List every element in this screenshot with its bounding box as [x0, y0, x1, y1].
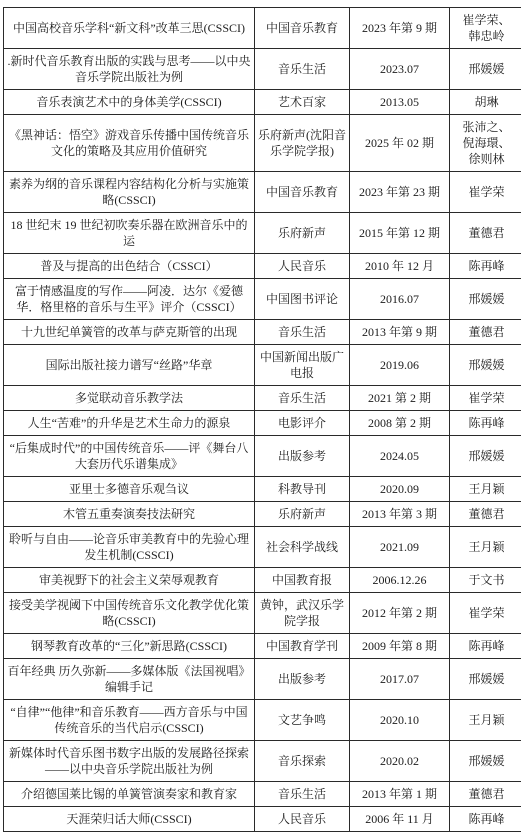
title-cell: 接受美学视阈下中国传统音乐文化教学优化策略(CSSCI): [4, 593, 255, 634]
date-cell: 2021 第 2 期: [350, 386, 450, 411]
authors-cell: 王月颖: [450, 527, 521, 568]
authors-cell: 董德君: [450, 502, 521, 527]
title-cell: 人生“苦难”的升华是艺术生命力的源泉: [4, 411, 255, 436]
authors-cell: 董德君: [450, 320, 521, 345]
date-cell: 2010 年 12 月: [350, 254, 450, 279]
author-name: 董德君: [453, 506, 520, 522]
authors-cell: 邢媛媛: [450, 345, 521, 386]
journal-cell: 中国图书评论: [255, 279, 350, 320]
authors-cell: 王月颖: [450, 477, 521, 502]
journal-cell: 黄钟，武汉乐学院学报: [255, 593, 350, 634]
date-cell: 2017.07: [350, 659, 450, 700]
author-name: 徐则林: [453, 151, 520, 167]
table-row: 审美视野下的社会主义荣辱观教育中国教育报2006.12.26于文书: [4, 568, 521, 593]
authors-cell: 陈再峰: [450, 807, 521, 832]
author-name: 邢媛媛: [453, 671, 520, 687]
author-name: 胡琳: [453, 94, 520, 110]
journal-cell: 文艺争鸣: [255, 700, 350, 741]
date-cell: 2006 年 11 月: [350, 807, 450, 832]
date-cell: 2008 第 2 期: [350, 411, 450, 436]
table-row: 十九世纪单簧管的改革与萨克斯管的出现音乐生活2013 年第 9 期董德君: [4, 320, 521, 345]
date-cell: 2025 年 02 期: [350, 115, 450, 172]
author-name: 陈再峰: [453, 811, 520, 827]
author-name: 于文书: [453, 572, 520, 588]
table-row: 天涯荣归话大师(CSSCI)人民音乐2006 年 11 月陈再峰: [4, 807, 521, 832]
authors-cell: 董德君: [450, 782, 521, 807]
title-cell: 国际出版社接力谱写“丝路”华章: [4, 345, 255, 386]
title-cell: 富于情感温度的写作——阿凌．达尔《爱德华．格里格的音乐与生平》评介（CSSCI）: [4, 279, 255, 320]
date-cell: 2023.07: [350, 49, 450, 90]
date-cell: 2023 年第 9 期: [350, 8, 450, 49]
title-cell: .新时代音乐教育出版的实践与思考——以中央音乐学院出版社为例: [4, 49, 255, 90]
authors-cell: 邢媛媛: [450, 741, 521, 782]
journal-cell: 中国教育报: [255, 568, 350, 593]
author-name: 陈再峰: [453, 415, 520, 431]
date-cell: 2023 年第 23 期: [350, 172, 450, 213]
date-cell: 2020.02: [350, 741, 450, 782]
table-row: .新时代音乐教育出版的实践与思考——以中央音乐学院出版社为例音乐生活2023.0…: [4, 49, 521, 90]
title-cell: 十九世纪单簧管的改革与萨克斯管的出现: [4, 320, 255, 345]
author-name: 董德君: [453, 786, 520, 802]
journal-cell: 中国教育学刊: [255, 634, 350, 659]
authors-cell: 邢媛媛: [450, 49, 521, 90]
authors-cell: 邢媛媛: [450, 436, 521, 477]
author-name: 邢媛媛: [453, 61, 520, 77]
authors-cell: 崔学荣: [450, 172, 521, 213]
publications-table-body: 中国高校音乐学科“新文科”改革三思(CSSCI)中国音乐教育2023 年第 9 …: [4, 8, 521, 832]
publications-table: 中国高校音乐学科“新文科”改革三思(CSSCI)中国音乐教育2023 年第 9 …: [3, 7, 521, 832]
author-name: 王月颖: [453, 539, 520, 555]
journal-cell: 人民音乐: [255, 807, 350, 832]
title-cell: 普及与提高的出色结合（CSSCI）: [4, 254, 255, 279]
table-row: 介绍德国莱比锡的单簧管演奏家和教育家音乐生活2013 年第 1 期董德君: [4, 782, 521, 807]
journal-cell: 科教导刊: [255, 477, 350, 502]
date-cell: 2009 年第 8 期: [350, 634, 450, 659]
authors-cell: 崔学荣、韩忠岭: [450, 8, 521, 49]
table-row: 18 世纪末 19 世纪初吹奏乐器在欧洲音乐中的运乐府新声2015 年第 12 …: [4, 213, 521, 254]
title-cell: 18 世纪末 19 世纪初吹奏乐器在欧洲音乐中的运: [4, 213, 255, 254]
title-cell: “自律”“他律”和音乐教育——西方音乐与中国传统音乐的当代启示(CSSCI): [4, 700, 255, 741]
table-row: 木管五重奏演奏技法研究乐府新声2013 年第 3 期董德君: [4, 502, 521, 527]
journal-cell: 中国音乐教育: [255, 8, 350, 49]
title-cell: 《黑神话：悟空》游戏音乐传播中国传统音乐文化的策略及其应用价值研究: [4, 115, 255, 172]
author-name: 崔学荣: [453, 605, 520, 621]
author-name: 董德君: [453, 225, 520, 241]
author-name: 邢媛媛: [453, 753, 520, 769]
journal-cell: 艺术百家: [255, 90, 350, 115]
authors-cell: 陈再峰: [450, 411, 521, 436]
author-name: 倪海環、: [453, 135, 520, 151]
title-cell: 百年经典 历久弥新——多媒体版《法国视唱》编辑手记: [4, 659, 255, 700]
table-row: 普及与提高的出色结合（CSSCI）人民音乐2010 年 12 月陈再峰: [4, 254, 521, 279]
date-cell: 2024.05: [350, 436, 450, 477]
authors-cell: 邢媛媛: [450, 279, 521, 320]
table-row: 多觉联动音乐教学法音乐生活2021 第 2 期崔学荣: [4, 386, 521, 411]
date-cell: 2019.06: [350, 345, 450, 386]
author-name: 陈再峰: [453, 638, 520, 654]
title-cell: 介绍德国莱比锡的单簧管演奏家和教育家: [4, 782, 255, 807]
date-cell: 2013 年第 9 期: [350, 320, 450, 345]
title-cell: 天涯荣归话大师(CSSCI): [4, 807, 255, 832]
author-name: 董德君: [453, 324, 520, 340]
journal-cell: 音乐生活: [255, 386, 350, 411]
authors-cell: 王月颖: [450, 700, 521, 741]
journal-cell: 音乐探索: [255, 741, 350, 782]
table-row: 百年经典 历久弥新——多媒体版《法国视唱》编辑手记出版参考2017.07邢媛媛: [4, 659, 521, 700]
date-cell: 2012 年第 2 期: [350, 593, 450, 634]
date-cell: 2013 年第 3 期: [350, 502, 450, 527]
table-row: 接受美学视阈下中国传统音乐文化教学优化策略(CSSCI)黄钟，武汉乐学院学报20…: [4, 593, 521, 634]
author-name: 崔学荣、: [453, 12, 520, 28]
table-row: 人生“苦难”的升华是艺术生命力的源泉电影评介2008 第 2 期陈再峰: [4, 411, 521, 436]
author-name: 韩忠岭: [453, 28, 520, 44]
table-row: 聆听与自由——论音乐审美教育中的先验心理发生机制(CSSCI)社会科学战线202…: [4, 527, 521, 568]
title-cell: 钢琴教育改革的“三化”新思路(CSSCI): [4, 634, 255, 659]
journal-cell: 出版参考: [255, 436, 350, 477]
authors-cell: 胡琳: [450, 90, 521, 115]
journal-cell: 乐府新声(沈阳音乐学院学报): [255, 115, 350, 172]
authors-cell: 崔学荣: [450, 593, 521, 634]
table-row: 新媒体时代音乐图书数字出版的发展路径探索——以中央音乐学院出版社为例音乐探索20…: [4, 741, 521, 782]
date-cell: 2021.09: [350, 527, 450, 568]
author-name: 王月颖: [453, 481, 520, 497]
journal-cell: 乐府新声: [255, 213, 350, 254]
journal-cell: 出版参考: [255, 659, 350, 700]
author-name: 陈再峰: [453, 258, 520, 274]
table-row: “自律”“他律”和音乐教育——西方音乐与中国传统音乐的当代启示(CSSCI)文艺…: [4, 700, 521, 741]
table-row: 音乐表演艺术中的身体美学(CSSCI)艺术百家2013.05胡琳: [4, 90, 521, 115]
authors-cell: 陈再峰: [450, 634, 521, 659]
title-cell: 新媒体时代音乐图书数字出版的发展路径探索——以中央音乐学院出版社为例: [4, 741, 255, 782]
journal-cell: 音乐生活: [255, 49, 350, 90]
table-row: 素养为纲的音乐课程内容结构化分析与实施策略(CSSCI)中国音乐教育2023 年…: [4, 172, 521, 213]
journal-cell: 音乐生活: [255, 782, 350, 807]
date-cell: 2020.10: [350, 700, 450, 741]
title-cell: 素养为纲的音乐课程内容结构化分析与实施策略(CSSCI): [4, 172, 255, 213]
table-row: 中国高校音乐学科“新文科”改革三思(CSSCI)中国音乐教育2023 年第 9 …: [4, 8, 521, 49]
author-name: 邢媛媛: [453, 291, 520, 307]
date-cell: 2015 年第 12 期: [350, 213, 450, 254]
authors-cell: 董德君: [450, 213, 521, 254]
journal-cell: 人民音乐: [255, 254, 350, 279]
journal-cell: 社会科学战线: [255, 527, 350, 568]
title-cell: 中国高校音乐学科“新文科”改革三思(CSSCI): [4, 8, 255, 49]
authors-cell: 崔学荣: [450, 386, 521, 411]
journal-cell: 中国音乐教育: [255, 172, 350, 213]
journal-cell: 乐府新声: [255, 502, 350, 527]
journal-cell: 电影评介: [255, 411, 350, 436]
author-name: 邢媛媛: [453, 448, 520, 464]
title-cell: 亚里士多德音乐观刍议: [4, 477, 255, 502]
date-cell: 2016.07: [350, 279, 450, 320]
date-cell: 2013.05: [350, 90, 450, 115]
table-row: 《黑神话：悟空》游戏音乐传播中国传统音乐文化的策略及其应用价值研究乐府新声(沈阳…: [4, 115, 521, 172]
author-name: 张沛之、: [453, 119, 520, 135]
date-cell: 2020.09: [350, 477, 450, 502]
table-row: 钢琴教育改革的“三化”新思路(CSSCI)中国教育学刊2009 年第 8 期陈再…: [4, 634, 521, 659]
title-cell: 聆听与自由——论音乐审美教育中的先验心理发生机制(CSSCI): [4, 527, 255, 568]
date-cell: 2013 年第 1 期: [350, 782, 450, 807]
author-name: 崔学荣: [453, 390, 520, 406]
title-cell: 多觉联动音乐教学法: [4, 386, 255, 411]
author-name: 王月颖: [453, 712, 520, 728]
table-row: 亚里士多德音乐观刍议科教导刊2020.09王月颖: [4, 477, 521, 502]
author-name: 邢媛媛: [453, 357, 520, 373]
title-cell: “后集成时代”的中国传统音乐——评《舞台八大套历代乐谱集成》: [4, 436, 255, 477]
authors-cell: 于文书: [450, 568, 521, 593]
authors-cell: 张沛之、倪海環、徐则林: [450, 115, 521, 172]
table-row: “后集成时代”的中国传统音乐——评《舞台八大套历代乐谱集成》出版参考2024.0…: [4, 436, 521, 477]
title-cell: 音乐表演艺术中的身体美学(CSSCI): [4, 90, 255, 115]
title-cell: 审美视野下的社会主义荣辱观教育: [4, 568, 255, 593]
date-cell: 2006.12.26: [350, 568, 450, 593]
table-row: 富于情感温度的写作——阿凌．达尔《爱德华．格里格的音乐与生平》评介（CSSCI）…: [4, 279, 521, 320]
authors-cell: 邢媛媛: [450, 659, 521, 700]
author-name: 崔学荣: [453, 184, 520, 200]
table-row: 国际出版社接力谱写“丝路”华章中国新闻出版广电报2019.06邢媛媛: [4, 345, 521, 386]
title-cell: 木管五重奏演奏技法研究: [4, 502, 255, 527]
journal-cell: 中国新闻出版广电报: [255, 345, 350, 386]
authors-cell: 陈再峰: [450, 254, 521, 279]
journal-cell: 音乐生活: [255, 320, 350, 345]
